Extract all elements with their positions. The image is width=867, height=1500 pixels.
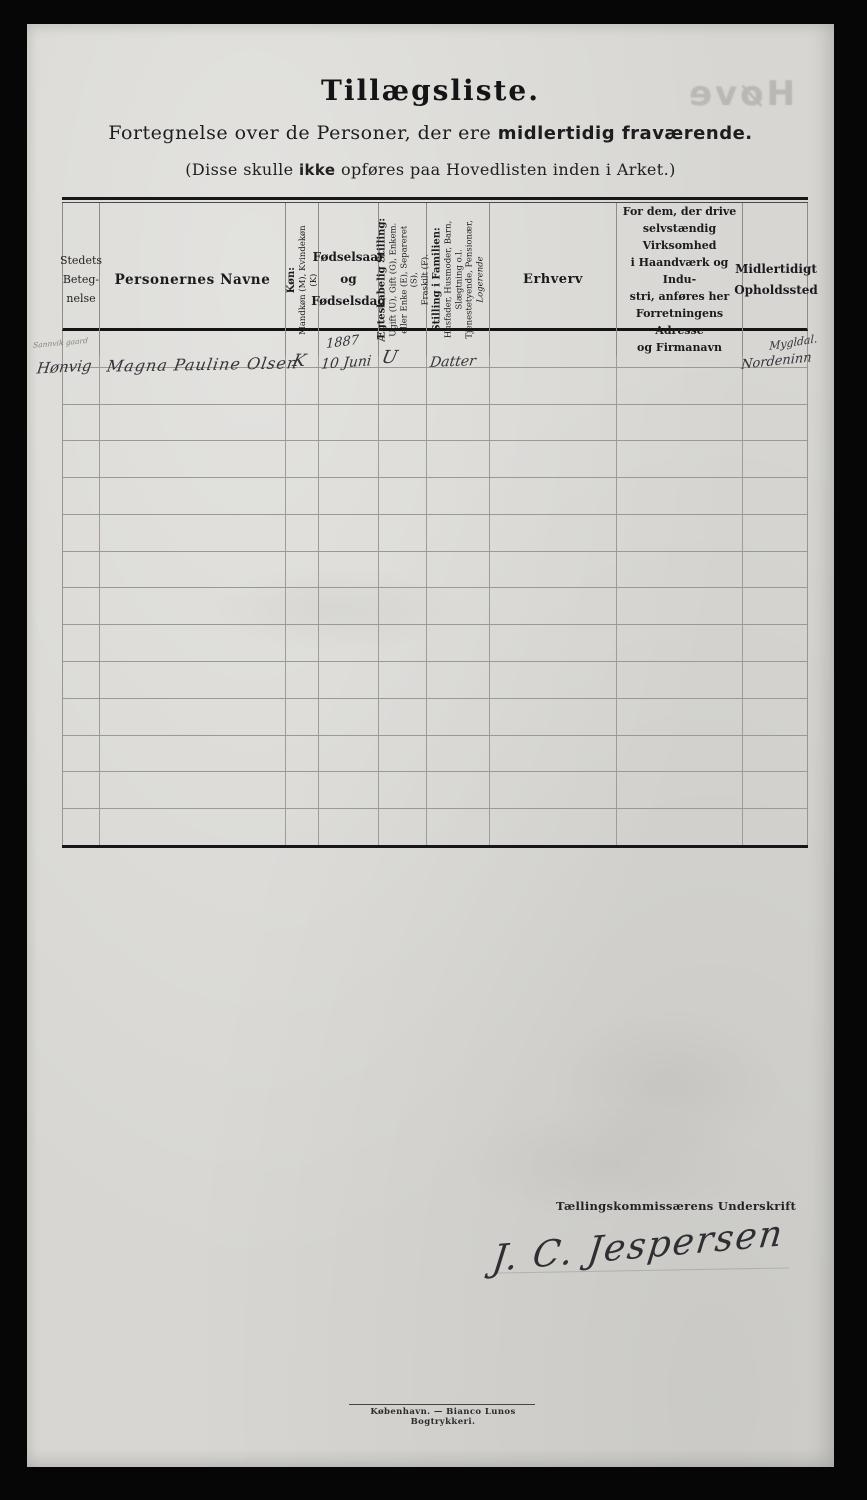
table-row — [63, 405, 807, 442]
table-cell — [743, 588, 809, 624]
table-cell — [286, 625, 319, 661]
table-cell — [427, 478, 490, 514]
table-cell — [617, 699, 743, 735]
page-note: (Disse skulle ikke opføres paa Hovedlist… — [27, 160, 834, 179]
table-cell — [743, 736, 809, 772]
table-cell — [617, 625, 743, 661]
table-row — [63, 552, 807, 589]
census-form-page: Høve Tillægsliste. Fortegnelse over de P… — [27, 24, 834, 1467]
handwritten-place: Hønvig — [36, 356, 93, 377]
table-cell — [743, 405, 809, 441]
table-cell — [743, 699, 809, 735]
table-cell — [427, 699, 490, 735]
table-cell — [490, 809, 617, 845]
table-cell — [100, 809, 286, 845]
table-cell — [319, 809, 379, 845]
table-cell — [100, 588, 286, 624]
note-text-prefix: (Disse skulle — [185, 160, 299, 179]
table-cell — [617, 662, 743, 698]
table-cell — [100, 405, 286, 441]
table-cell — [286, 552, 319, 588]
table-cell — [490, 552, 617, 588]
table-cell — [617, 368, 743, 404]
table-cell — [427, 662, 490, 698]
table-cell — [286, 405, 319, 441]
table-cell — [379, 809, 427, 845]
table-cell — [63, 662, 100, 698]
header-occupation: Erhverv — [490, 203, 617, 356]
table-cell — [743, 772, 809, 808]
table-cell — [63, 515, 100, 551]
table-cell — [63, 699, 100, 735]
table-cell — [743, 368, 809, 404]
table-cell — [490, 699, 617, 735]
table-cell — [490, 405, 617, 441]
table-cell — [379, 699, 427, 735]
table-cell — [379, 478, 427, 514]
table-cell — [427, 772, 490, 808]
table-cell — [379, 441, 427, 477]
table-cell — [379, 625, 427, 661]
table-cell — [100, 441, 286, 477]
table-cell — [100, 736, 286, 772]
table-cell — [427, 441, 490, 477]
table-cell — [379, 736, 427, 772]
table-cell — [617, 441, 743, 477]
page-subtitle: Fortegnelse over de Personer, der ere mi… — [27, 122, 834, 144]
table-cell — [617, 405, 743, 441]
table-row — [63, 515, 807, 552]
table-cell — [427, 515, 490, 551]
table-cell — [63, 552, 100, 588]
table-cell — [286, 662, 319, 698]
table-row — [63, 441, 807, 478]
table-cell — [743, 515, 809, 551]
table-row — [63, 625, 807, 662]
subtitle-text: Fortegnelse over de Personer, der ere — [108, 122, 497, 144]
table-cell — [63, 625, 100, 661]
table-cell — [100, 552, 286, 588]
table-row — [63, 478, 807, 515]
table-cell — [63, 405, 100, 441]
table-cell — [379, 515, 427, 551]
table-cell — [490, 368, 617, 404]
table-cell — [490, 736, 617, 772]
table-cell — [63, 772, 100, 808]
table-cell — [743, 478, 809, 514]
table-row — [63, 736, 807, 773]
table-bottom-heavy-rule — [62, 845, 808, 848]
table-cell — [427, 736, 490, 772]
handwritten-name: Magna Pauline Olsen — [106, 353, 300, 375]
table-cell — [490, 588, 617, 624]
table-cell — [63, 588, 100, 624]
subtitle-bold-text: midlertidig fraværende. — [498, 123, 753, 144]
table-cell — [286, 699, 319, 735]
table-cell — [286, 736, 319, 772]
table-cell — [100, 772, 286, 808]
table-cell — [319, 772, 379, 808]
table-cell — [379, 772, 427, 808]
note-bold-text: ikke — [299, 161, 335, 179]
page-title: Tillægsliste. — [27, 74, 834, 107]
table-cell — [100, 515, 286, 551]
table-cell — [427, 809, 490, 845]
table-cell — [427, 625, 490, 661]
table-cell — [319, 699, 379, 735]
table-cell — [617, 478, 743, 514]
table-cell — [379, 662, 427, 698]
table-cell — [490, 441, 617, 477]
table-cell — [379, 588, 427, 624]
printer-imprint: København. — Bianco Lunos Bogtrykkeri. — [337, 1407, 549, 1427]
table-cell — [286, 515, 319, 551]
table-cell — [319, 588, 379, 624]
table-cell — [63, 478, 100, 514]
table-cell — [100, 625, 286, 661]
table-cell — [100, 478, 286, 514]
header-temporary-residence: Midlertidigt Opholdssted — [743, 203, 809, 356]
signature-label: Tællingskommissærens Underskrift — [556, 1199, 796, 1213]
table-cell — [319, 441, 379, 477]
table-body — [62, 331, 808, 845]
table-cell — [617, 552, 743, 588]
table-cell — [319, 662, 379, 698]
census-table: Stedets Beteg- nelse Personernes Navne K… — [62, 197, 808, 848]
table-row — [63, 772, 807, 809]
table-cell — [427, 588, 490, 624]
header-business-address: For dem, der drive selvstændig Virksomhe… — [617, 203, 743, 356]
table-cell — [427, 368, 490, 404]
table-cell — [743, 552, 809, 588]
table-cell — [319, 405, 379, 441]
table-cell — [490, 772, 617, 808]
table-cell — [319, 552, 379, 588]
header-person-names: Personernes Navne — [100, 203, 286, 356]
table-cell — [490, 625, 617, 661]
table-cell — [286, 588, 319, 624]
table-cell — [490, 515, 617, 551]
table-cell — [286, 809, 319, 845]
table-header-row: Stedets Beteg- nelse Personernes Navne K… — [62, 203, 808, 331]
header-place-designation: Stedets Beteg- nelse — [63, 203, 100, 356]
table-row — [63, 662, 807, 699]
table-row — [63, 588, 807, 625]
table-cell — [617, 588, 743, 624]
table-cell — [490, 662, 617, 698]
handwritten-family-position: Datter — [429, 353, 477, 371]
table-cell — [319, 736, 379, 772]
table-cell — [379, 368, 427, 404]
table-cell — [490, 478, 617, 514]
table-cell — [319, 625, 379, 661]
table-cell — [379, 405, 427, 441]
table-cell — [379, 552, 427, 588]
table-cell — [100, 662, 286, 698]
table-cell — [319, 515, 379, 551]
scan-smudge — [547, 1004, 787, 1164]
table-cell — [427, 405, 490, 441]
table-cell — [319, 368, 379, 404]
table-cell — [743, 625, 809, 661]
table-cell — [743, 441, 809, 477]
table-row — [63, 809, 807, 845]
table-cell — [617, 515, 743, 551]
table-cell — [743, 809, 809, 845]
table-cell — [286, 368, 319, 404]
table-cell — [617, 772, 743, 808]
table-cell — [286, 441, 319, 477]
table-row — [63, 699, 807, 736]
table-cell — [427, 552, 490, 588]
footer-rule — [349, 1404, 535, 1405]
table-cell — [63, 809, 100, 845]
header-marital-status: Ægteskabelig Stilling: Ugift (U), Gift (… — [379, 203, 427, 356]
table-cell — [286, 772, 319, 808]
table-cell — [100, 699, 286, 735]
table-cell — [63, 441, 100, 477]
table-cell — [319, 478, 379, 514]
table-cell — [617, 736, 743, 772]
table-cell — [286, 478, 319, 514]
note-text-suffix: opføres paa Hovedlisten inden i Arket.) — [335, 160, 675, 179]
table-cell — [743, 662, 809, 698]
table-cell — [63, 736, 100, 772]
header-family-position: Stilling i Familien: Husfader, Husmoder,… — [427, 203, 490, 356]
table-cell — [617, 809, 743, 845]
